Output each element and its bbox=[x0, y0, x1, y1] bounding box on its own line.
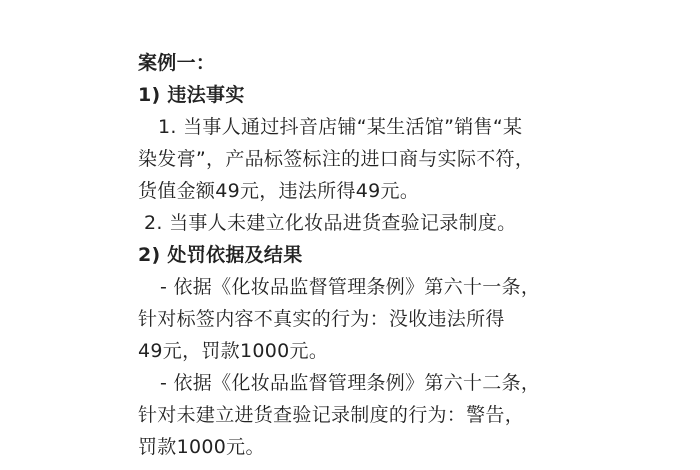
fact-item-1-line-2: 染发膏”，产品标签标注的进口商与实际不符， bbox=[138, 143, 568, 175]
fact-item-1-line-3: 货值金额49元，违法所得49元。 bbox=[138, 175, 568, 207]
section-heading-penalty: 2) 处罚依据及结果 bbox=[138, 239, 568, 271]
case-document: 案例一： 1) 违法事实 1. 当事人通过抖音店铺“某生活馆”销售“某 染发膏”… bbox=[138, 47, 568, 463]
fact-item-2: 2. 当事人未建立化妆品进货查验记录制度。 bbox=[138, 207, 568, 239]
penalty-item-1-line-1: - 依据《化妆品监督管理条例》第六十一条， bbox=[138, 271, 568, 303]
penalty-item-1-line-3: 49元，罚款1000元。 bbox=[138, 335, 568, 367]
fact-item-1-line-1: 1. 当事人通过抖音店铺“某生活馆”销售“某 bbox=[138, 111, 568, 143]
penalty-item-1-line-2: 针对标签内容不真实的行为：没收违法所得 bbox=[138, 303, 568, 335]
penalty-item-2-line-2: 针对未建立进货查验记录制度的行为：警告， bbox=[138, 399, 568, 431]
section-heading-facts: 1) 违法事实 bbox=[138, 79, 568, 111]
penalty-item-2-line-1: - 依据《化妆品监督管理条例》第六十二条， bbox=[138, 367, 568, 399]
case-title: 案例一： bbox=[138, 47, 568, 79]
penalty-item-2-line-3: 罚款1000元。 bbox=[138, 431, 568, 463]
